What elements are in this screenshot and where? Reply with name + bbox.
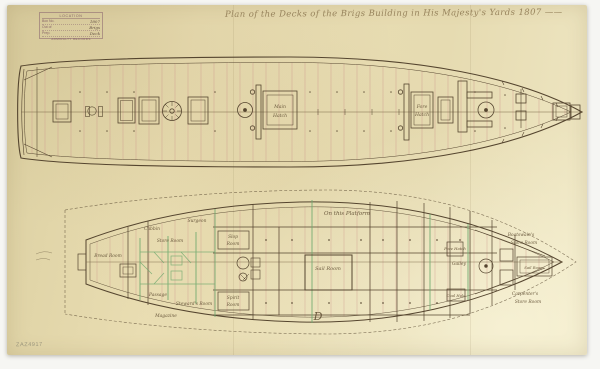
stern-note-squiggle (36, 252, 52, 260)
compartment-label: Carpenter's (512, 292, 539, 297)
deck-annotation: On this Platform (324, 211, 370, 217)
compartment-label: Cabbin (144, 227, 160, 232)
compartment-label: Store Room (515, 300, 541, 305)
compartment-label: Bread Room (93, 254, 122, 259)
compartment-label: Room (226, 242, 240, 247)
compartment-label: Sail Room (524, 265, 544, 270)
compartment-label: Steward's Room (176, 302, 212, 307)
sternpost (78, 254, 86, 270)
compartment-label: Passage (148, 293, 167, 298)
compartment-label: Sail Room (315, 266, 341, 272)
compartment-label: Slop (228, 235, 238, 240)
compartment-label: Fore Hatch (443, 246, 466, 251)
catalogue-number: ZAZ4917 (16, 342, 43, 348)
compartment-label: Room (226, 303, 240, 308)
lower-deck-plan: Bread Room Cabbin Surgeon Store Room Pas… (36, 190, 576, 334)
hatch-label: Hatch (272, 113, 287, 119)
deck-plans-drawing: Main Hatch Fore Hatch (0, 0, 600, 369)
scan-background: LOCATION Box No. 1807 Out of Brigs Prep.… (0, 0, 600, 369)
compartment-label: Store Room (511, 241, 537, 246)
compartment-label: Store Room (157, 239, 183, 244)
flourish-mark: D (313, 310, 323, 323)
hatch-label: Fore (416, 104, 428, 110)
hatch-label: Hatch (414, 112, 429, 118)
hatch-label: Main (273, 104, 286, 110)
compartment-label: Magazine (154, 314, 177, 319)
compartment-label: Coal Hole (447, 293, 467, 298)
compartment-label: Surgeon (188, 219, 207, 224)
compartment-label: Galley (452, 262, 467, 267)
compartment-label: Spirit (227, 296, 240, 301)
compartment-label: Boatswain's (507, 233, 535, 238)
upper-deck-plan: Main Hatch Fore Hatch (18, 57, 582, 167)
